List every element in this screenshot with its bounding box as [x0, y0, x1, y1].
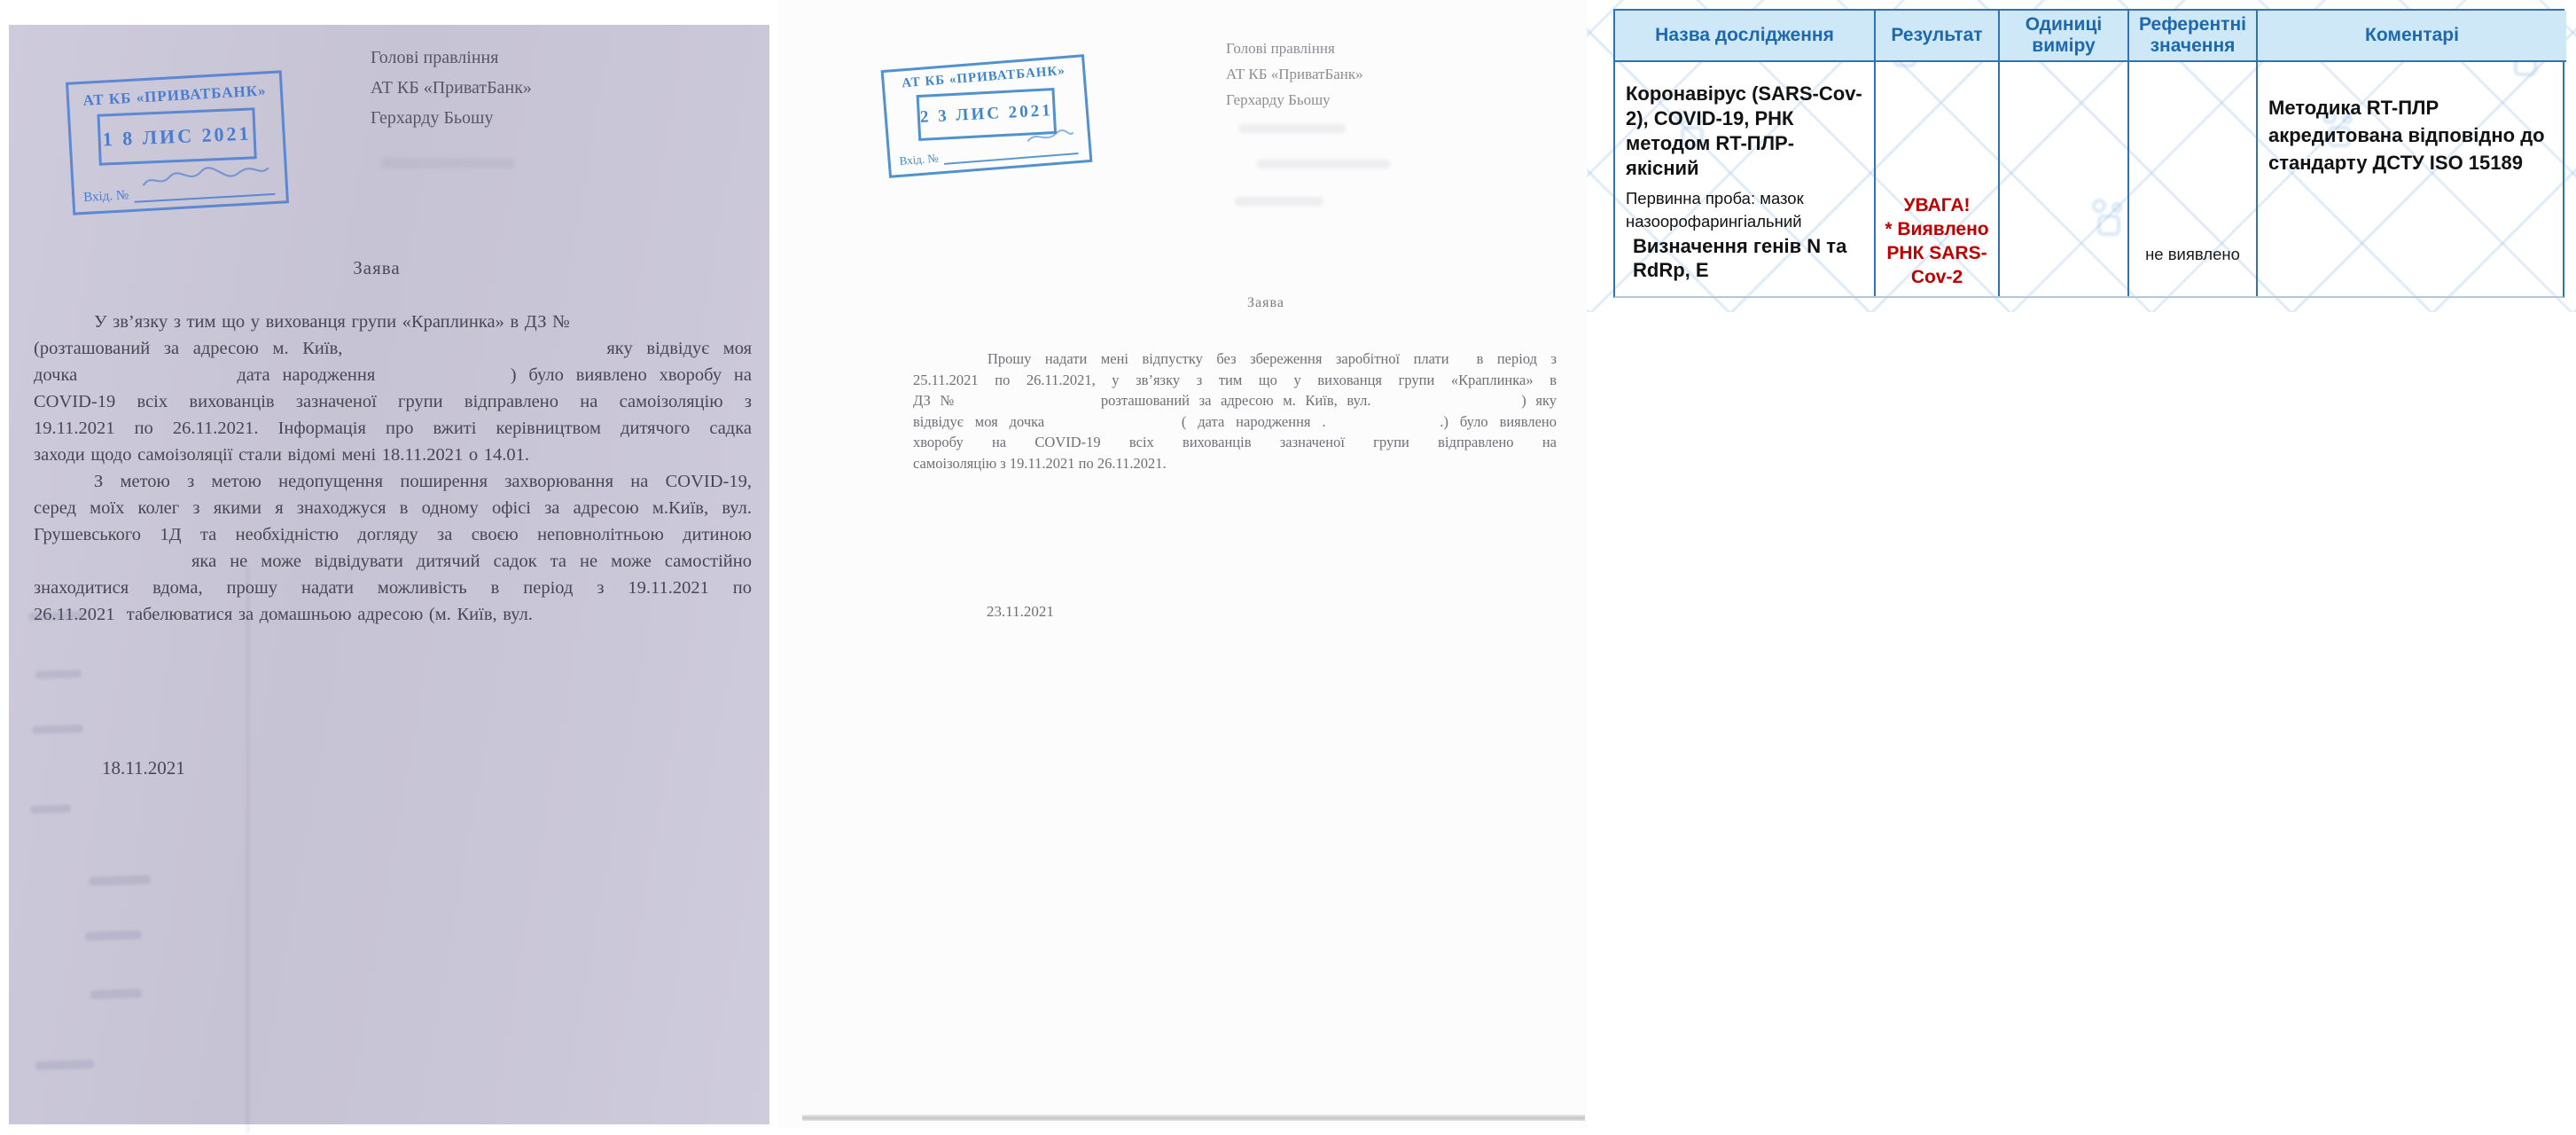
body-line: ДЗ № розташований за адресою м. Київ, ву… [913, 390, 1557, 411]
reference-value: не виявлено [2145, 245, 2240, 264]
redaction-smudge [381, 158, 514, 168]
recipient-line: АТ КБ «ПриватБанк» [371, 73, 532, 103]
document-date: 18.11.2021 [102, 757, 185, 779]
body-line: серед моїх колег з якими я знаходжуся в … [34, 495, 752, 521]
body-line: COVID-19 всіх вихованців зазначеної груп… [34, 388, 752, 415]
genes-determined: Визначення генів N та RdRp, Е [1626, 234, 1865, 282]
stamp-org-label: АТ КБ «ПРИВАТБАНК» [69, 81, 281, 110]
sample-note: Первинна проба: мазок назоорофарингіальн… [1626, 187, 1865, 233]
recipient-line: Голові правління [1226, 35, 1363, 61]
middle-document: АТ КБ «ПРИВАТБАНК» 2 3 ЛИС 2021 Вхід. № … [778, 0, 1587, 1128]
privatbank-stamp-middle: АТ КБ «ПРИВАТБАНК» 2 3 ЛИС 2021 Вхід. № [881, 54, 1093, 178]
column-header-comments: Коментарі [2256, 11, 2566, 62]
stamp-entry-label: Вхід. № [83, 188, 129, 206]
recipient-block: Голові правління АТ КБ «ПриватБанк» Герх… [1226, 35, 1363, 113]
page-bottom-shadow [802, 1115, 1585, 1121]
ghost-mark [85, 930, 142, 941]
left-document: АТ КБ «ПРИВАТБАНК» 1 8 ЛИС 2021 Вхід. № … [9, 25, 769, 1124]
ghost-mark [35, 1060, 94, 1070]
cell-comment: Методика RT-ПЛР акредитована відповідно … [2256, 62, 2566, 296]
application-body: Прошу надати мені відпустку без збережен… [913, 348, 1557, 474]
stamp-entry-line [943, 140, 1079, 165]
body-line: Прошу надати мені відпустку без збережен… [913, 348, 1557, 370]
ghost-mark [35, 669, 82, 679]
ghost-mark [89, 875, 151, 886]
result-detail: * Виявлено РНК SARS-Cov-2 [1883, 217, 1991, 289]
body-line: дочка дата народження ) було виявлено хв… [34, 362, 752, 388]
body-line: заходи щодо самоізоляції стали відомі ме… [34, 442, 752, 468]
stamp-entry-row: Вхід. № [899, 140, 1079, 168]
body-line: відвідує моя дочка ( дата народження . .… [913, 411, 1557, 433]
lab-results-panel: Назва дослідження Результат Одиниці вимі… [1587, 0, 2576, 312]
column-header-reference: Референтні значення [2127, 11, 2256, 62]
body-line: З метою з метою недопущення поширення за… [34, 468, 752, 495]
redaction-smudge [1239, 124, 1346, 133]
document-date: 23.11.2021 [987, 603, 1054, 621]
body-line: Грушевського 1Д та необхідністю догляду … [34, 521, 752, 548]
application-body: У зв’язку з тим що у вихованця групи «Кр… [34, 309, 752, 628]
recipient-line: АТ КБ «ПриватБанк» [1226, 61, 1363, 87]
result-alert: УВАГА! [1903, 193, 1970, 217]
ghost-mark [30, 804, 71, 814]
stamp-entry-label: Вхід. № [899, 151, 939, 168]
body-line: 19.11.2021 по 26.11.2021. Інформація про… [34, 415, 752, 442]
ghost-mark [90, 989, 142, 999]
screenshot-canvas: АТ КБ «ПРИВАТБАНК» 1 8 ЛИС 2021 Вхід. № … [0, 0, 2576, 1135]
cell-reference: не виявлено [2127, 62, 2256, 296]
cell-result: УВАГА! * Виявлено РНК SARS-Cov-2 [1874, 62, 1998, 296]
column-header-result: Результат [1874, 11, 1998, 62]
body-line: самоізоляцію з 19.11.2021 по 26.11.2021. [913, 453, 1557, 474]
redaction-smudge [1257, 160, 1390, 168]
cell-units [1998, 62, 2127, 296]
redaction-smudge [1235, 197, 1323, 206]
recipient-line: Герхарду Бьошу [371, 103, 532, 133]
body-line: 26.11.2021 табелюватися за домашньою адр… [34, 601, 752, 628]
body-line: яка не може відвідувати дитячий садок та… [34, 548, 752, 575]
cell-test-name: Коронавірус (SARS-Cov-2), COVID-19, РНК … [1615, 62, 1874, 296]
recipient-line: Голові правління [371, 43, 532, 73]
stamp-date-box: 1 8 ЛИС 2021 [97, 107, 256, 165]
privatbank-stamp-left: АТ КБ «ПРИВАТБАНК» 1 8 ЛИС 2021 Вхід. № [66, 70, 289, 215]
results-table: Назва дослідження Результат Одиниці вимі… [1613, 9, 2564, 298]
body-line: (розташований за адресою м. Київ, яку ві… [34, 335, 752, 362]
document-title: Заява [1000, 295, 1532, 311]
ghost-mark [32, 724, 83, 734]
column-header-test-name: Назва дослідження [1615, 11, 1874, 62]
column-header-units: Одиниці виміру [1998, 11, 2127, 62]
body-line: У зв’язку з тим що у вихованця групи «Кр… [34, 309, 752, 335]
test-name: Коронавірус (SARS-Cov-2), COVID-19, РНК … [1626, 82, 1865, 181]
body-line: знаходитися вдома, прошу надати можливіс… [34, 575, 752, 601]
document-title: Заява [9, 257, 745, 279]
paper-crease [246, 566, 249, 1133]
body-line: хворобу на COVID-19 всіх вихованців зазн… [913, 432, 1557, 453]
recipient-line: Герхарду Бьошу [1226, 87, 1363, 113]
body-line: 25.11.2021 по 26.11.2021, у зв’язку з ти… [913, 370, 1557, 391]
recipient-block: Голові правління АТ КБ «ПриватБанк» Герх… [371, 43, 532, 133]
